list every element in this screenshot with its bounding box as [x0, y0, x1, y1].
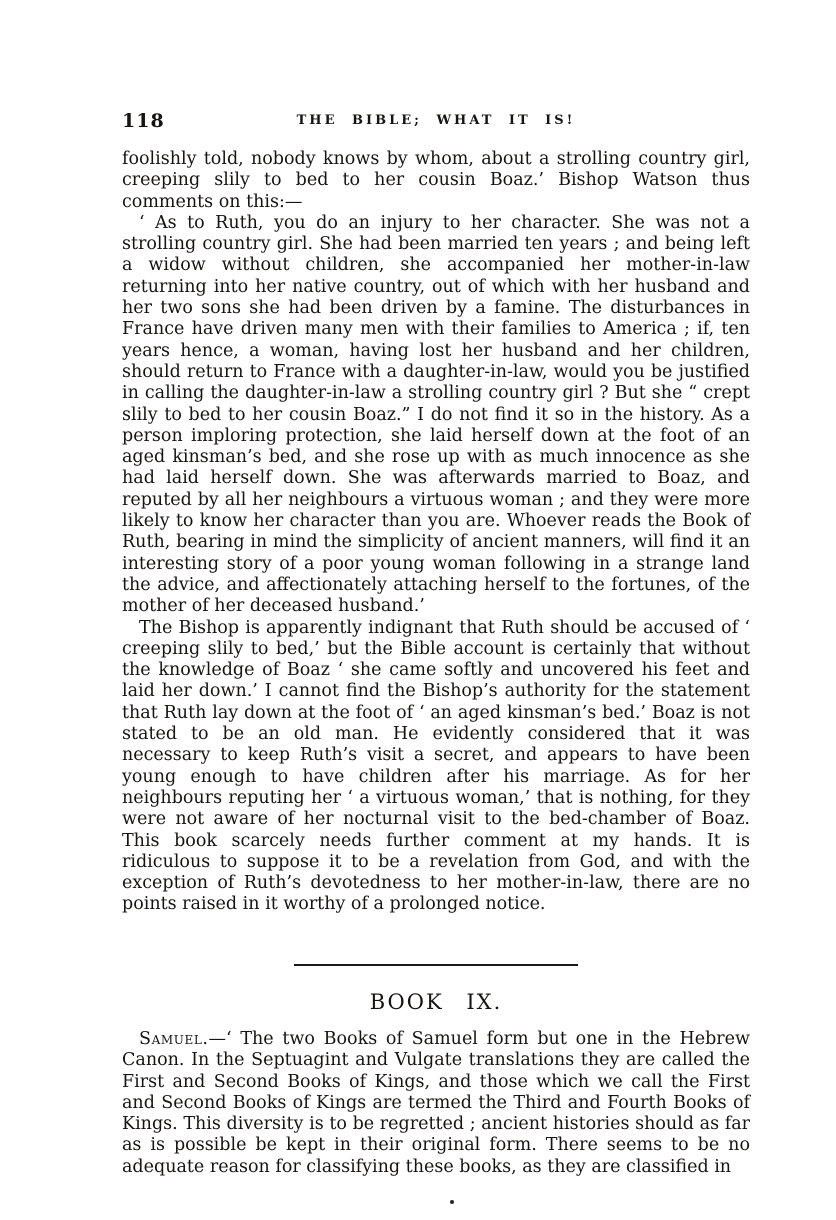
running-header: 118 THE BIBLE; WHAT IT IS! — [122, 110, 750, 134]
print-speck-dot — [450, 1200, 454, 1204]
running-title: THE BIBLE; WHAT IT IS! — [122, 110, 750, 128]
paragraph-samuel: Samuel.—‘ The two Books of Samuel form b… — [122, 1029, 750, 1178]
book-ix-section: BOOK IX. Samuel.—‘ The two Books of Samu… — [122, 956, 750, 1178]
section-heading: BOOK IX. — [122, 990, 750, 1014]
paragraph-continuation: foolishly told, nobody knows by whom, ab… — [122, 149, 750, 213]
samuel-lead-word: Samuel. — [139, 1029, 209, 1049]
paragraph-watson-quote: ‘ As to Ruth, you do an injury to her ch… — [122, 213, 750, 618]
paragraph-bishop-commentary: The Bishop is apparently indignant that … — [122, 618, 750, 916]
samuel-text: —‘ The two Books of Samuel form but one … — [122, 1029, 750, 1177]
book-page-scan: 118 THE BIBLE; WHAT IT IS! foolishly tol… — [0, 0, 836, 1220]
page-number: 118 — [122, 110, 165, 132]
section-divider-rule — [294, 964, 578, 966]
page-body: foolishly told, nobody knows by whom, ab… — [122, 149, 750, 916]
